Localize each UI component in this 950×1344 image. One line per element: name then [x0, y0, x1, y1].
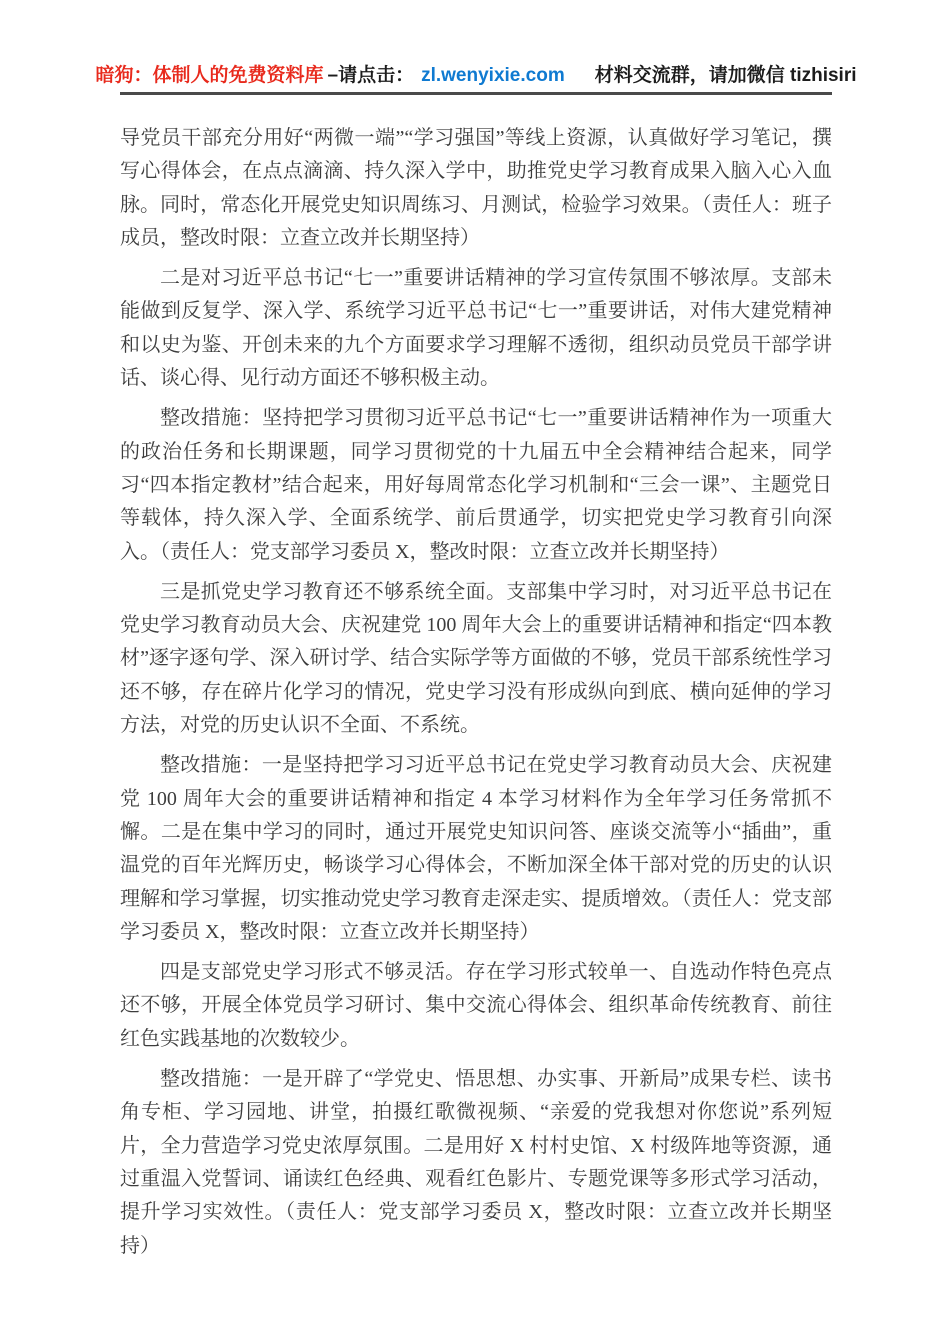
header-divider-rule [120, 92, 832, 95]
document-body: 导党员干部充分用好“两微一端”“学习强国”等线上资源，认真做好学习笔记，撰写心得… [120, 122, 832, 1263]
page-header: 暗狗：体制人的免费资料库 –请点击： zl.wenyixie.com 材料交流群… [120, 0, 832, 95]
paragraph-measures-three: 整改措施：一是坚持把学习习近平总书记在党史学习教育动员大会、庆祝建党 100 周… [120, 749, 832, 949]
header-wechat-note: 材料交流群，请加微信 tizhisiri [595, 63, 857, 88]
header-website-link[interactable]: zl.wenyixie.com [421, 63, 565, 88]
paragraph-issue-three: 三是抓党史学习教育还不够系统全面。支部集中学习时，对习近平总书记在党史学习教育动… [120, 576, 832, 742]
paragraph-issue-four: 四是支部党史学习形式不够灵活。存在学习形式较单一、自选动作特色亮点还不够，开展全… [120, 956, 832, 1056]
header-click-prompt: –请点击： [328, 63, 415, 88]
paragraph-continuation: 导党员干部充分用好“两微一端”“学习强国”等线上资源，认真做好学习笔记，撰写心得… [120, 122, 832, 255]
paragraph-measures-two: 整改措施：坚持把学习贯彻习近平总书记“七一”重要讲话精神作为一项重大的政治任务和… [120, 402, 832, 568]
paragraph-issue-two: 二是对习近平总书记“七一”重要讲话精神的学习宣传氛围不够浓厚。支部未能做到反复学… [120, 262, 832, 395]
header-brand-text: 暗狗：体制人的免费资料库 [96, 63, 324, 88]
header-promo-line: 暗狗：体制人的免费资料库 –请点击： zl.wenyixie.com 材料交流群… [120, 63, 832, 88]
paragraph-measures-four: 整改措施：一是开辟了“学党史、悟思想、办实事、开新局”成果专栏、读书角专柜、学习… [120, 1063, 832, 1263]
document-page: 暗狗：体制人的免费资料库 –请点击： zl.wenyixie.com 材料交流群… [0, 0, 950, 1344]
